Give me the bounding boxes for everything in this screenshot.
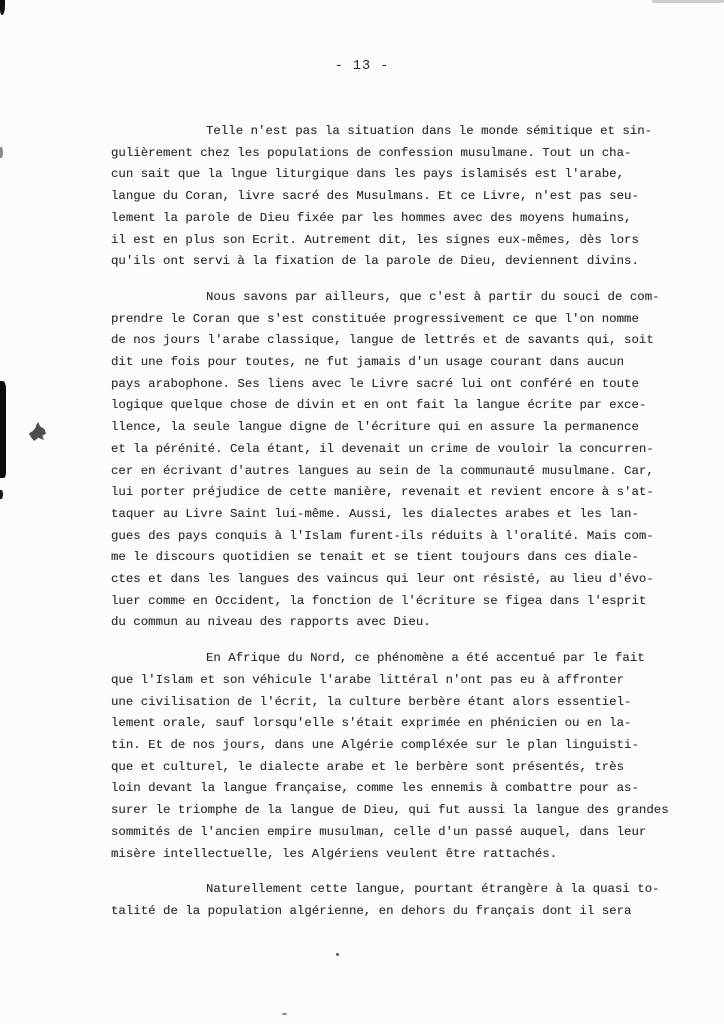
text-line: il est en plus son Ecrit. Autrement dit,… (111, 230, 669, 252)
page-number: - 13 - (0, 59, 724, 74)
text-line: et la pérénité. Cela étant, il devenait … (111, 439, 669, 461)
text-line: cun sait que la lngue liturgique dans le… (111, 164, 669, 186)
scan-mark-left-tick (0, 147, 3, 158)
text-line: lement orale, sauf lorsqu'elle s'était e… (111, 713, 669, 735)
scan-speck (282, 1013, 287, 1015)
paragraph: Naturellement cette langue, pourtant étr… (111, 879, 669, 922)
text-line: dit une fois pour toutes, ne fut jamais … (111, 352, 669, 374)
text-line: lement la parole de Dieu fixée par les h… (111, 208, 669, 230)
scan-mark-left-band-tail (0, 490, 3, 499)
text-line: gues des pays conquis à l'Islam furent-i… (111, 526, 669, 548)
text-line: logique quelque chose de divin et en ont… (111, 395, 669, 417)
text-line: gulièrement chez les populations de conf… (111, 143, 669, 165)
text-line: ctes et dans les langues des vaincus qui… (111, 569, 669, 591)
text-line: talité de la population algérienne, en d… (111, 901, 669, 923)
text-line: que l'Islam et son véhicule l'arabe litt… (111, 670, 669, 692)
text-line: pays arabophone. Ses liens avec le Livre… (111, 374, 669, 396)
scan-mark-top-left (0, 0, 5, 15)
text-line: une civilisation de l'écrit, la culture … (111, 692, 669, 714)
text-line: Naturellement cette langue, pourtant étr… (111, 879, 669, 901)
scan-mark-top-right-line (652, 0, 724, 3)
paragraph: Telle n'est pas la situation dans le mon… (111, 121, 669, 273)
text-line: luer comme en Occident, la fonction de l… (111, 591, 669, 613)
paragraph: Nous savons par ailleurs, que c'est à pa… (111, 287, 669, 634)
text-line: surer le triomphe de la langue de Dieu, … (111, 800, 669, 822)
text-line: taquer au Livre Saint lui-même. Aussi, l… (111, 504, 669, 526)
text-line: lui porter préjudice de cette manière, r… (111, 482, 669, 504)
text-line: Nous savons par ailleurs, que c'est à pa… (111, 287, 669, 309)
text-line: prendre le Coran que s'est constituée pr… (111, 309, 669, 331)
ink-splotch (29, 422, 46, 441)
text-line: langue du Coran, livre sacré des Musulma… (111, 186, 669, 208)
paragraph: En Afrique du Nord, ce phénomène a été a… (111, 648, 669, 865)
text-line: llence, la seule langue digne de l'écrit… (111, 417, 669, 439)
text-line: que et culturel, le dialecte arabe et le… (111, 757, 669, 779)
document-body: Telle n'est pas la situation dans le mon… (111, 121, 669, 923)
text-line: de nos jours l'arabe classique, langue d… (111, 330, 669, 352)
scanned-document-page: - 13 - Telle n'est pas la situation dans… (0, 0, 724, 1024)
text-line: cer en écrivant d'autres langues au sein… (111, 461, 669, 483)
text-line: me le discours quotidien se tenait et se… (111, 547, 669, 569)
text-line: tin. Et de nos jours, dans une Algérie c… (111, 735, 669, 757)
scan-mark-left-band (0, 381, 6, 478)
scan-speck (336, 953, 339, 956)
text-line: loin devant la langue française, comme l… (111, 778, 669, 800)
text-line: En Afrique du Nord, ce phénomène a été a… (111, 648, 669, 670)
text-line: misère intellectuelle, les Algériens veu… (111, 844, 669, 866)
text-line: sommités de l'ancien empire musulman, ce… (111, 822, 669, 844)
text-line: qu'ils ont servi à la fixation de la par… (111, 251, 669, 273)
text-line: du commun au niveau des rapports avec Di… (111, 612, 669, 634)
text-line: Telle n'est pas la situation dans le mon… (111, 121, 669, 143)
